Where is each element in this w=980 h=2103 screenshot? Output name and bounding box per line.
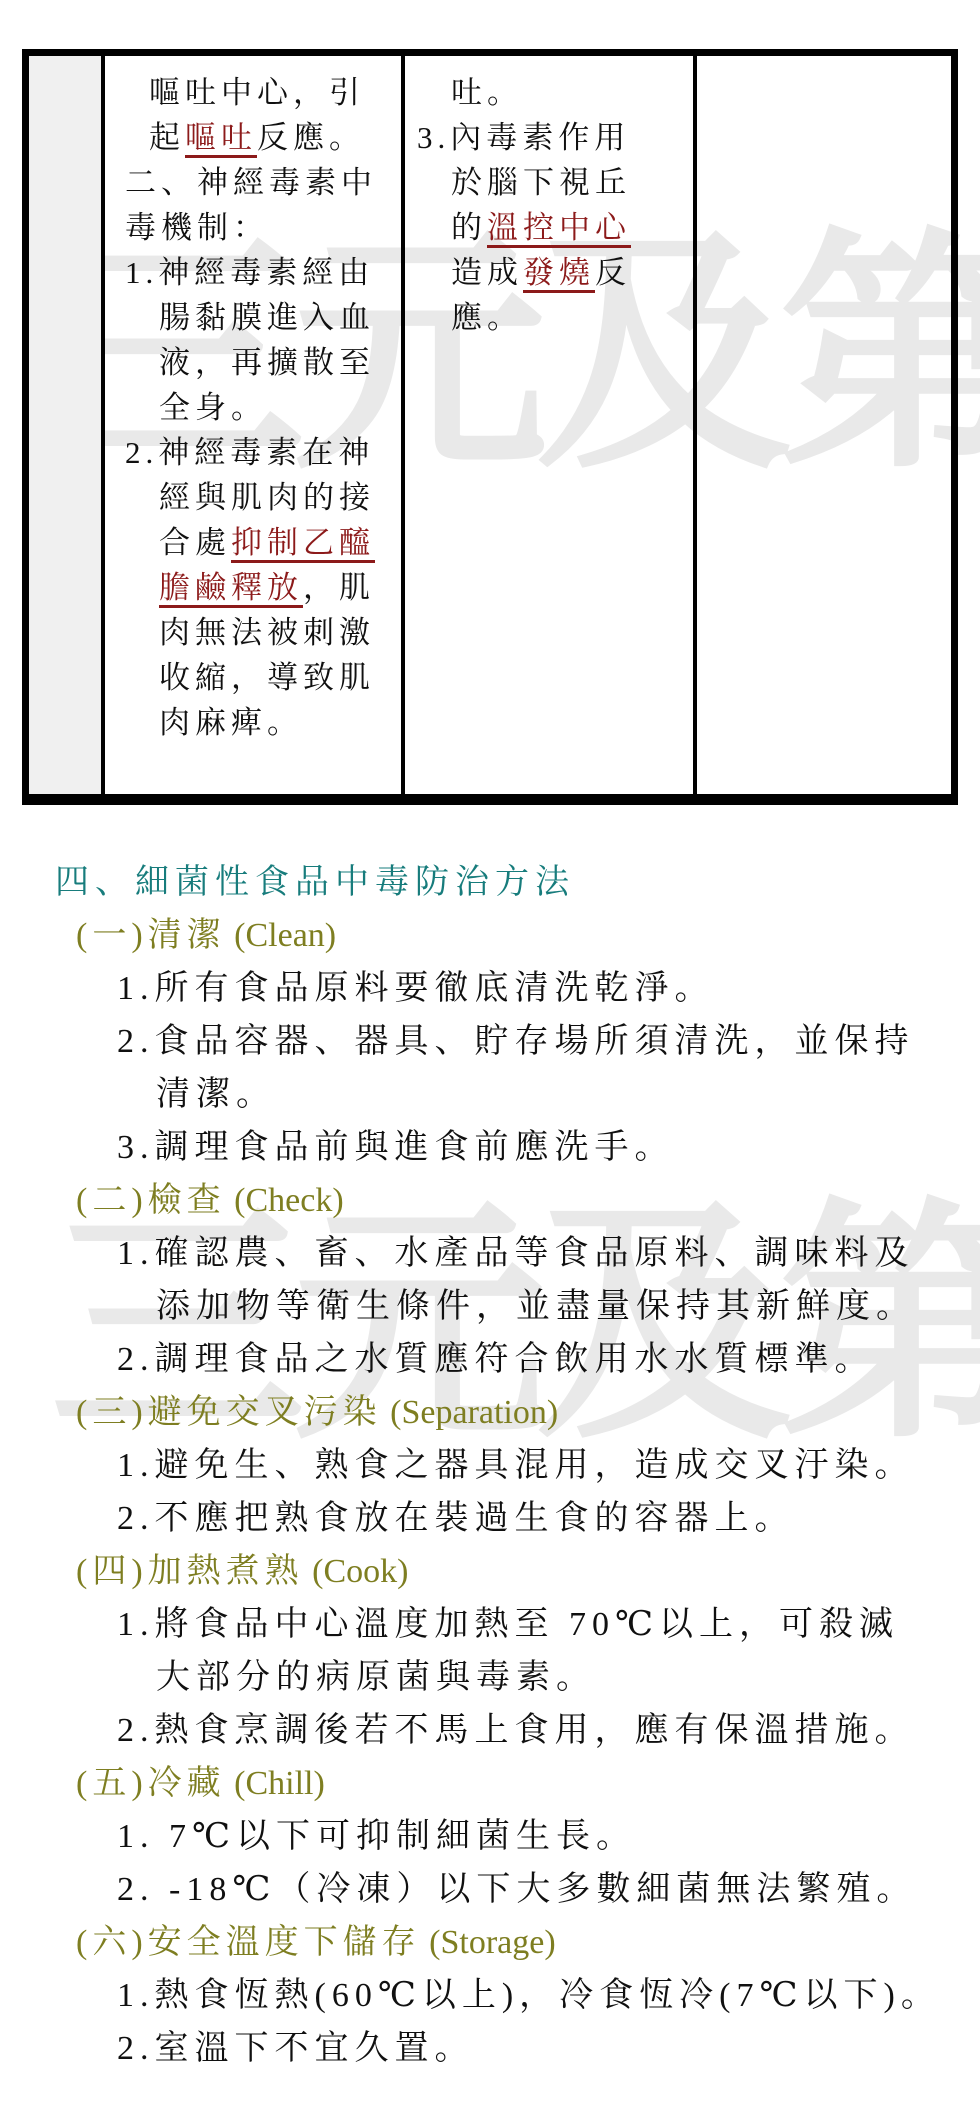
group-label-english: (Cook) [304,1553,409,1590]
prevention-list: 四、細菌性食品中毒防治方法 (一)清潔 (Clean)1.所有食品原料要徹底清洗… [0,856,980,2075]
list-item-line: 2.室溫下不宜久置。 [0,2022,980,2075]
table-cell-line: 肉無法被刺激 [125,610,399,655]
list-item-line: 1. 7℃以下可抑制細菌生長。 [0,1810,980,1863]
table-cell-line: 起嘔吐反應。 [125,115,399,160]
table-column-spacer [29,56,105,794]
text-run: 1.神經毒素經由 [125,255,374,290]
group-label: (六)安全溫度下儲存 (Storage) [0,1916,980,1969]
list-item-line: 1.將食品中心溫度加熱至 70℃以上，可殺滅 [0,1598,980,1651]
highlighted-term: 抑制乙醯 [231,525,375,563]
text-run: 經與肌肉的接 [159,480,375,515]
text-run: 合處 [159,525,231,560]
text-run: 反應。 [257,120,365,155]
text-run: 二、神經毒素中 [125,165,377,200]
text-run: 收縮，導致肌 [159,660,375,695]
list-item-line: 2.熱食烹調後若不馬上食用，應有保溫措施。 [0,1704,980,1757]
group-label-english: (Storage) [421,1924,556,1961]
group-label-chinese: (一)清潔 [76,917,226,954]
list-item-line: 清潔。 [0,1068,980,1121]
text-run: 肉無法被刺激 [159,615,375,650]
group-label-chinese: (四)加熱煮熟 [76,1553,304,1590]
table-cell-line: 3.內毒素作用 [417,115,691,160]
table-cell-line: 腸黏膜進入血 [125,295,399,340]
table-cell-exotoxin-mechanism: 嘔吐中心，引起嘔吐反應。二、神經毒素中毒機制：1.神經毒素經由腸黏膜進入血液，再… [105,56,405,794]
table-cell-line: 應。 [417,295,691,340]
group-label-english: (Separation) [382,1394,559,1431]
text-run: 反 [595,255,631,290]
group-label: (五)冷藏 (Chill) [0,1757,980,1810]
text-run: 應。 [451,300,523,335]
table-column-empty [697,56,951,794]
group-label-english: (Chill) [226,1765,325,1802]
text-run: 全身。 [159,390,267,425]
table-cell-line: 膽鹼釋放，肌 [125,565,399,610]
list-item-line: 大部分的病原菌與毒素。 [0,1651,980,1704]
table-cell-line: 二、神經毒素中 [125,160,399,205]
text-run: 肉麻痺。 [159,705,303,740]
text-run: 造成 [451,255,523,290]
list-item-line: 2.食品容器、器具、貯存場所須清洗，並保持 [0,1015,980,1068]
prevention-heading: 四、細菌性食品中毒防治方法 [0,856,980,909]
table-cell-line: 毒機制： [125,205,399,250]
table-cell-line: 收縮，導致肌 [125,655,399,700]
text-run: 腸黏膜進入血 [159,300,375,335]
group-label-chinese: (六)安全溫度下儲存 [76,1924,421,1961]
highlighted-term: 膽鹼釋放 [159,570,303,608]
text-run: 液，再擴散至 [159,345,375,380]
highlighted-term: 溫控中心 [487,210,631,248]
table-cell-line: 造成發燒反 [417,250,691,295]
text-run: 吐。 [451,75,523,110]
list-item-line: 1.熱食恆熱(60℃以上)，冷食恆冷(7℃以下)。 [0,1969,980,2022]
list-item-line: 2.調理食品之水質應符合飲用水水質標準。 [0,1333,980,1386]
table-cell-line: 經與肌肉的接 [125,475,399,520]
group-label-chinese: (五)冷藏 [76,1765,226,1802]
text-run: 2.神經毒素在神 [125,435,374,470]
table-cell-line: 2.神經毒素在神 [125,430,399,475]
table-cell-line: 1.神經毒素經由 [125,250,399,295]
group-label-english: (Clean) [226,917,336,954]
group-label-chinese: (三)避免交叉污染 [76,1394,382,1431]
document-page: 三元及第 三元及第 嘔吐中心，引起嘔吐反應。二、神經毒素中毒機制：1.神經毒素經… [0,0,980,2103]
table-cell-endotoxin-mechanism: 吐。3.內毒素作用於腦下視丘的溫控中心造成發燒反應。 [405,56,697,794]
highlighted-term: 嘔吐 [185,120,257,158]
table-cell-line: 吐。 [417,70,691,115]
table-cell-line: 肉麻痺。 [125,700,399,745]
text-run: 毒機制： [125,210,269,245]
group-label-chinese: (二)檢查 [76,1182,226,1219]
text-run: 嘔吐中心，引 [149,75,365,110]
group-label-english: (Check) [226,1182,344,1219]
list-item-line: 1.確認農、畜、水產品等食品原料、調味料及 [0,1227,980,1280]
table-cell-line: 於腦下視丘 [417,160,691,205]
table-cell-line: 全身。 [125,385,399,430]
table-cell-line: 嘔吐中心，引 [125,70,399,115]
list-item-line: 2. -18℃（冷凍）以下大多數細菌無法繁殖。 [0,1863,980,1916]
table-cell-line: 的溫控中心 [417,205,691,250]
text-run: 起 [149,120,185,155]
group-label: (二)檢查 (Check) [0,1174,980,1227]
text-run: 3.內毒素作用 [417,120,630,155]
highlighted-term: 發燒 [523,255,595,293]
group-label: (三)避免交叉污染 (Separation) [0,1386,980,1439]
table-cell-line: 液，再擴散至 [125,340,399,385]
list-item-line: 添加物等衛生條件，並盡量保持其新鮮度。 [0,1280,980,1333]
text-run: 的 [451,210,487,245]
table-cell-line: 合處抑制乙醯 [125,520,399,565]
list-item-line: 3.調理食品前與進食前應洗手。 [0,1121,980,1174]
list-item-line: 1.避免生、熟食之器具混用，造成交叉汙染。 [0,1439,980,1492]
group-label: (一)清潔 (Clean) [0,909,980,962]
text-run: ，肌 [303,570,375,605]
toxin-mechanism-table: 嘔吐中心，引起嘔吐反應。二、神經毒素中毒機制：1.神經毒素經由腸黏膜進入血液，再… [22,49,958,805]
list-item-line: 2.不應把熟食放在裝過生食的容器上。 [0,1492,980,1545]
list-item-line: 1.所有食品原料要徹底清洗乾淨。 [0,962,980,1015]
text-run: 於腦下視丘 [451,165,631,200]
group-label: (四)加熱煮熟 (Cook) [0,1545,980,1598]
